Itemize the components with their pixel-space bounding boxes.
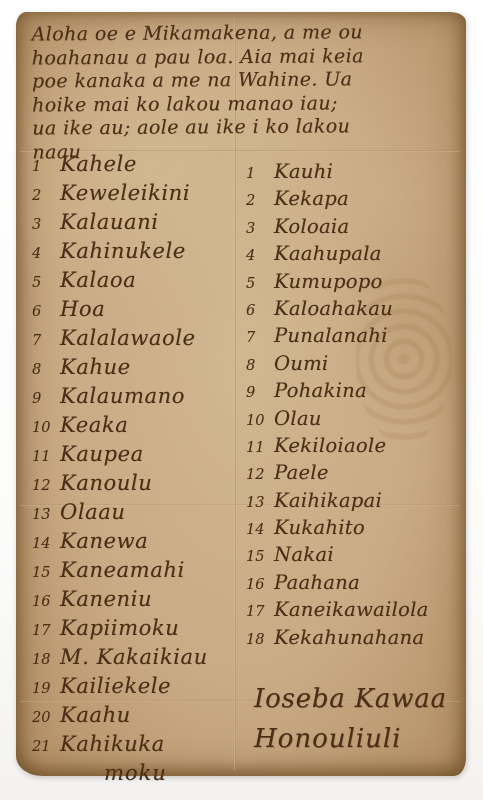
entry-name: Kanewa [60, 529, 148, 553]
entry-name: Kalaumano [60, 384, 185, 408]
entry-number: 6 [246, 303, 274, 319]
entry-number: 2 [32, 188, 60, 204]
greeting-line: ua ike au; aole au ike i ko lakou [32, 115, 456, 142]
entry-number: 17 [246, 604, 274, 620]
entry-number: 4 [32, 246, 60, 262]
entry-name: Kapiimoku [60, 616, 179, 640]
entry-number: 20 [32, 710, 60, 726]
list-item: 12Paele [246, 461, 460, 488]
list-item: 9Kalaumano [32, 384, 238, 413]
entry-number: 13 [246, 495, 274, 511]
entry-number: 1 [246, 166, 274, 182]
entry-name: Kaihikapai [274, 489, 382, 512]
list-item: 12Kanoulu [32, 471, 238, 500]
list-item: 2Kekapa [246, 187, 460, 214]
entry-number: 1 [32, 159, 60, 175]
list-item: 2Keweleikini [32, 181, 238, 210]
list-item: 6Kaloahakau [246, 297, 460, 324]
entry-name: Kaneniu [60, 587, 152, 611]
entry-number: 14 [32, 536, 60, 552]
entry-name: Kekiloiaole [274, 434, 386, 457]
list-item: 21Kahikuka [32, 732, 238, 761]
entry-name: Kailiekele [60, 674, 171, 698]
list-item: 10Olau [246, 407, 460, 434]
entry-name: Kauhi [274, 160, 333, 183]
list-item: 1Kauhi [246, 160, 460, 187]
entry-name: Kaneamahi [60, 558, 185, 582]
greeting-line: hoahanau a pau loa. Aia mai keia [32, 44, 456, 71]
list-item: 4Kahinukele [32, 239, 238, 268]
entry-name: Paele [274, 461, 329, 484]
entry-number: 4 [246, 248, 274, 264]
entry-name: Kalalawaole [60, 326, 196, 350]
scan-background: Aloha oe e Mikamakena, a me ou hoahanau … [0, 0, 483, 800]
list-item: 17Kapiimoku [32, 616, 238, 645]
entry-number: 2 [246, 193, 274, 209]
entry-name: Kaneikawailola [274, 598, 429, 621]
entry-number: 14 [246, 522, 274, 538]
entry-name: Keaka [60, 413, 128, 437]
entry-name: Kahele [60, 152, 137, 176]
entry-name: Nakai [274, 543, 334, 566]
entry-number: 10 [246, 413, 274, 429]
greeting-line: poe kanaka a me na Wahine. Ua [32, 68, 456, 95]
entry-number: 3 [32, 217, 60, 233]
entry-number: 21 [32, 739, 60, 755]
entry-number: 5 [32, 275, 60, 291]
entry-number: 9 [32, 391, 60, 407]
list-item: 19Kailiekele [32, 674, 238, 703]
entry-number: 3 [246, 221, 274, 237]
entry-name: Olau [274, 407, 322, 430]
entry-name: Kumupopo [274, 270, 383, 293]
entry-name: Keweleikini [60, 181, 190, 205]
list-item: 8Kahue [32, 355, 238, 384]
list-item: 17Kaneikawailola [246, 598, 460, 625]
list-item: 11Kaupea [32, 442, 238, 471]
entry-number: 7 [32, 333, 60, 349]
list-item: 4Kaahupala [246, 242, 460, 269]
list-item: 11Kekiloiaole [246, 434, 460, 461]
list-item: 5Kalaoa [32, 268, 238, 297]
entry-name: Kahue [60, 355, 131, 379]
entry-number: 15 [246, 549, 274, 565]
list-item: 1Kahele [32, 152, 238, 181]
entry-name: Koloaia [274, 215, 349, 238]
entry-number: 19 [32, 681, 60, 697]
entry-number: 12 [246, 467, 274, 483]
entry-name: Kaahupala [274, 242, 382, 265]
entry-name: Kanoulu [60, 471, 152, 495]
list-item: 16Kaneniu [32, 587, 238, 616]
entry-name: Punalanahi [274, 324, 388, 347]
list-item: 3Kalauani [32, 210, 238, 239]
greeting-line: hoike mai ko lakou manao iau; [32, 91, 456, 118]
list-item: 5Kumupopo [246, 270, 460, 297]
entry-number: 12 [32, 478, 60, 494]
list-item: 18M. Kakaikiau [32, 645, 238, 674]
entry-name: Kukahito [274, 516, 365, 539]
list-item: 15Nakai [246, 543, 460, 570]
list-item: 6Hoa [32, 297, 238, 326]
letter-greeting: Aloha oe e Mikamakena, a me ou hoahanau … [32, 21, 457, 166]
entry-number: 6 [32, 304, 60, 320]
entry-name: Kahikuka [60, 732, 165, 756]
list-item: 16Paahana [246, 571, 460, 598]
list-item: 20Kaahu [32, 703, 238, 732]
entry-number: 17 [32, 623, 60, 639]
entry-number: 5 [246, 276, 274, 292]
list-item: 14Kanewa [32, 529, 238, 558]
entry-name: Paahana [274, 571, 360, 594]
entry-name: Kaahu [60, 703, 131, 727]
list-item: 14Kukahito [246, 516, 460, 543]
list-item: 15Kaneamahi [32, 558, 238, 587]
entry-number: 10 [32, 420, 60, 436]
entry-name: Kekapa [274, 187, 349, 210]
entry-name: M. Kakaikiau [60, 645, 208, 669]
entry-name: Kalauani [60, 210, 159, 234]
entry-number: 11 [32, 449, 60, 465]
entry-number: 18 [246, 632, 274, 648]
list-item: 8Oumi [246, 352, 460, 379]
list-item: 13Kaihikapai [246, 489, 460, 516]
entry-name: Kaupea [60, 442, 144, 466]
manuscript-page: Aloha oe e Mikamakena, a me ou hoahanau … [16, 12, 466, 776]
entry-name: Oumi [274, 352, 328, 375]
entry-name: Hoa [60, 297, 105, 321]
entry-name: Kaloahakau [274, 297, 393, 320]
entry-number: 13 [32, 507, 60, 523]
entry-name: Kekahunahana [274, 626, 424, 649]
entry-number: 18 [32, 652, 60, 668]
entry-name-continued: moku [32, 761, 238, 785]
greeting-line: Aloha oe e Mikamakena, a me ou [32, 21, 456, 48]
list-item: 3Koloaia [246, 215, 460, 242]
entry-name: Kahinukele [60, 239, 186, 263]
entry-number: 15 [32, 565, 60, 581]
entry-name: Pohakina [274, 379, 367, 402]
signature-place: Honouliuli [254, 724, 460, 754]
list-item: 9Pohakina [246, 379, 460, 406]
entry-number: 7 [246, 330, 274, 346]
signature-block: Ioseba Kawaa Honouliuli [254, 684, 460, 754]
entry-number: 16 [32, 594, 60, 610]
list-item: 7Kalalawaole [32, 326, 238, 355]
name-list-left-column: 1Kahele 2Keweleikini 3Kalauani 4Kahinuke… [32, 152, 238, 785]
list-item: 18Kekahunahana [246, 626, 460, 653]
entry-number: 9 [246, 385, 274, 401]
entry-number: 16 [246, 577, 274, 593]
entry-name: Olaau [60, 500, 126, 524]
name-list-right-column: 1Kauhi 2Kekapa 3Koloaia 4Kaahupala 5Kumu… [246, 160, 460, 653]
list-item: 7Punalanahi [246, 324, 460, 351]
entry-name: Kalaoa [60, 268, 136, 292]
entry-number: 11 [246, 440, 274, 456]
entry-number: 8 [32, 362, 60, 378]
signature-name: Ioseba Kawaa [254, 684, 460, 714]
entry-number: 8 [246, 358, 274, 374]
list-item: 13Olaau [32, 500, 238, 529]
list-item: 10Keaka [32, 413, 238, 442]
